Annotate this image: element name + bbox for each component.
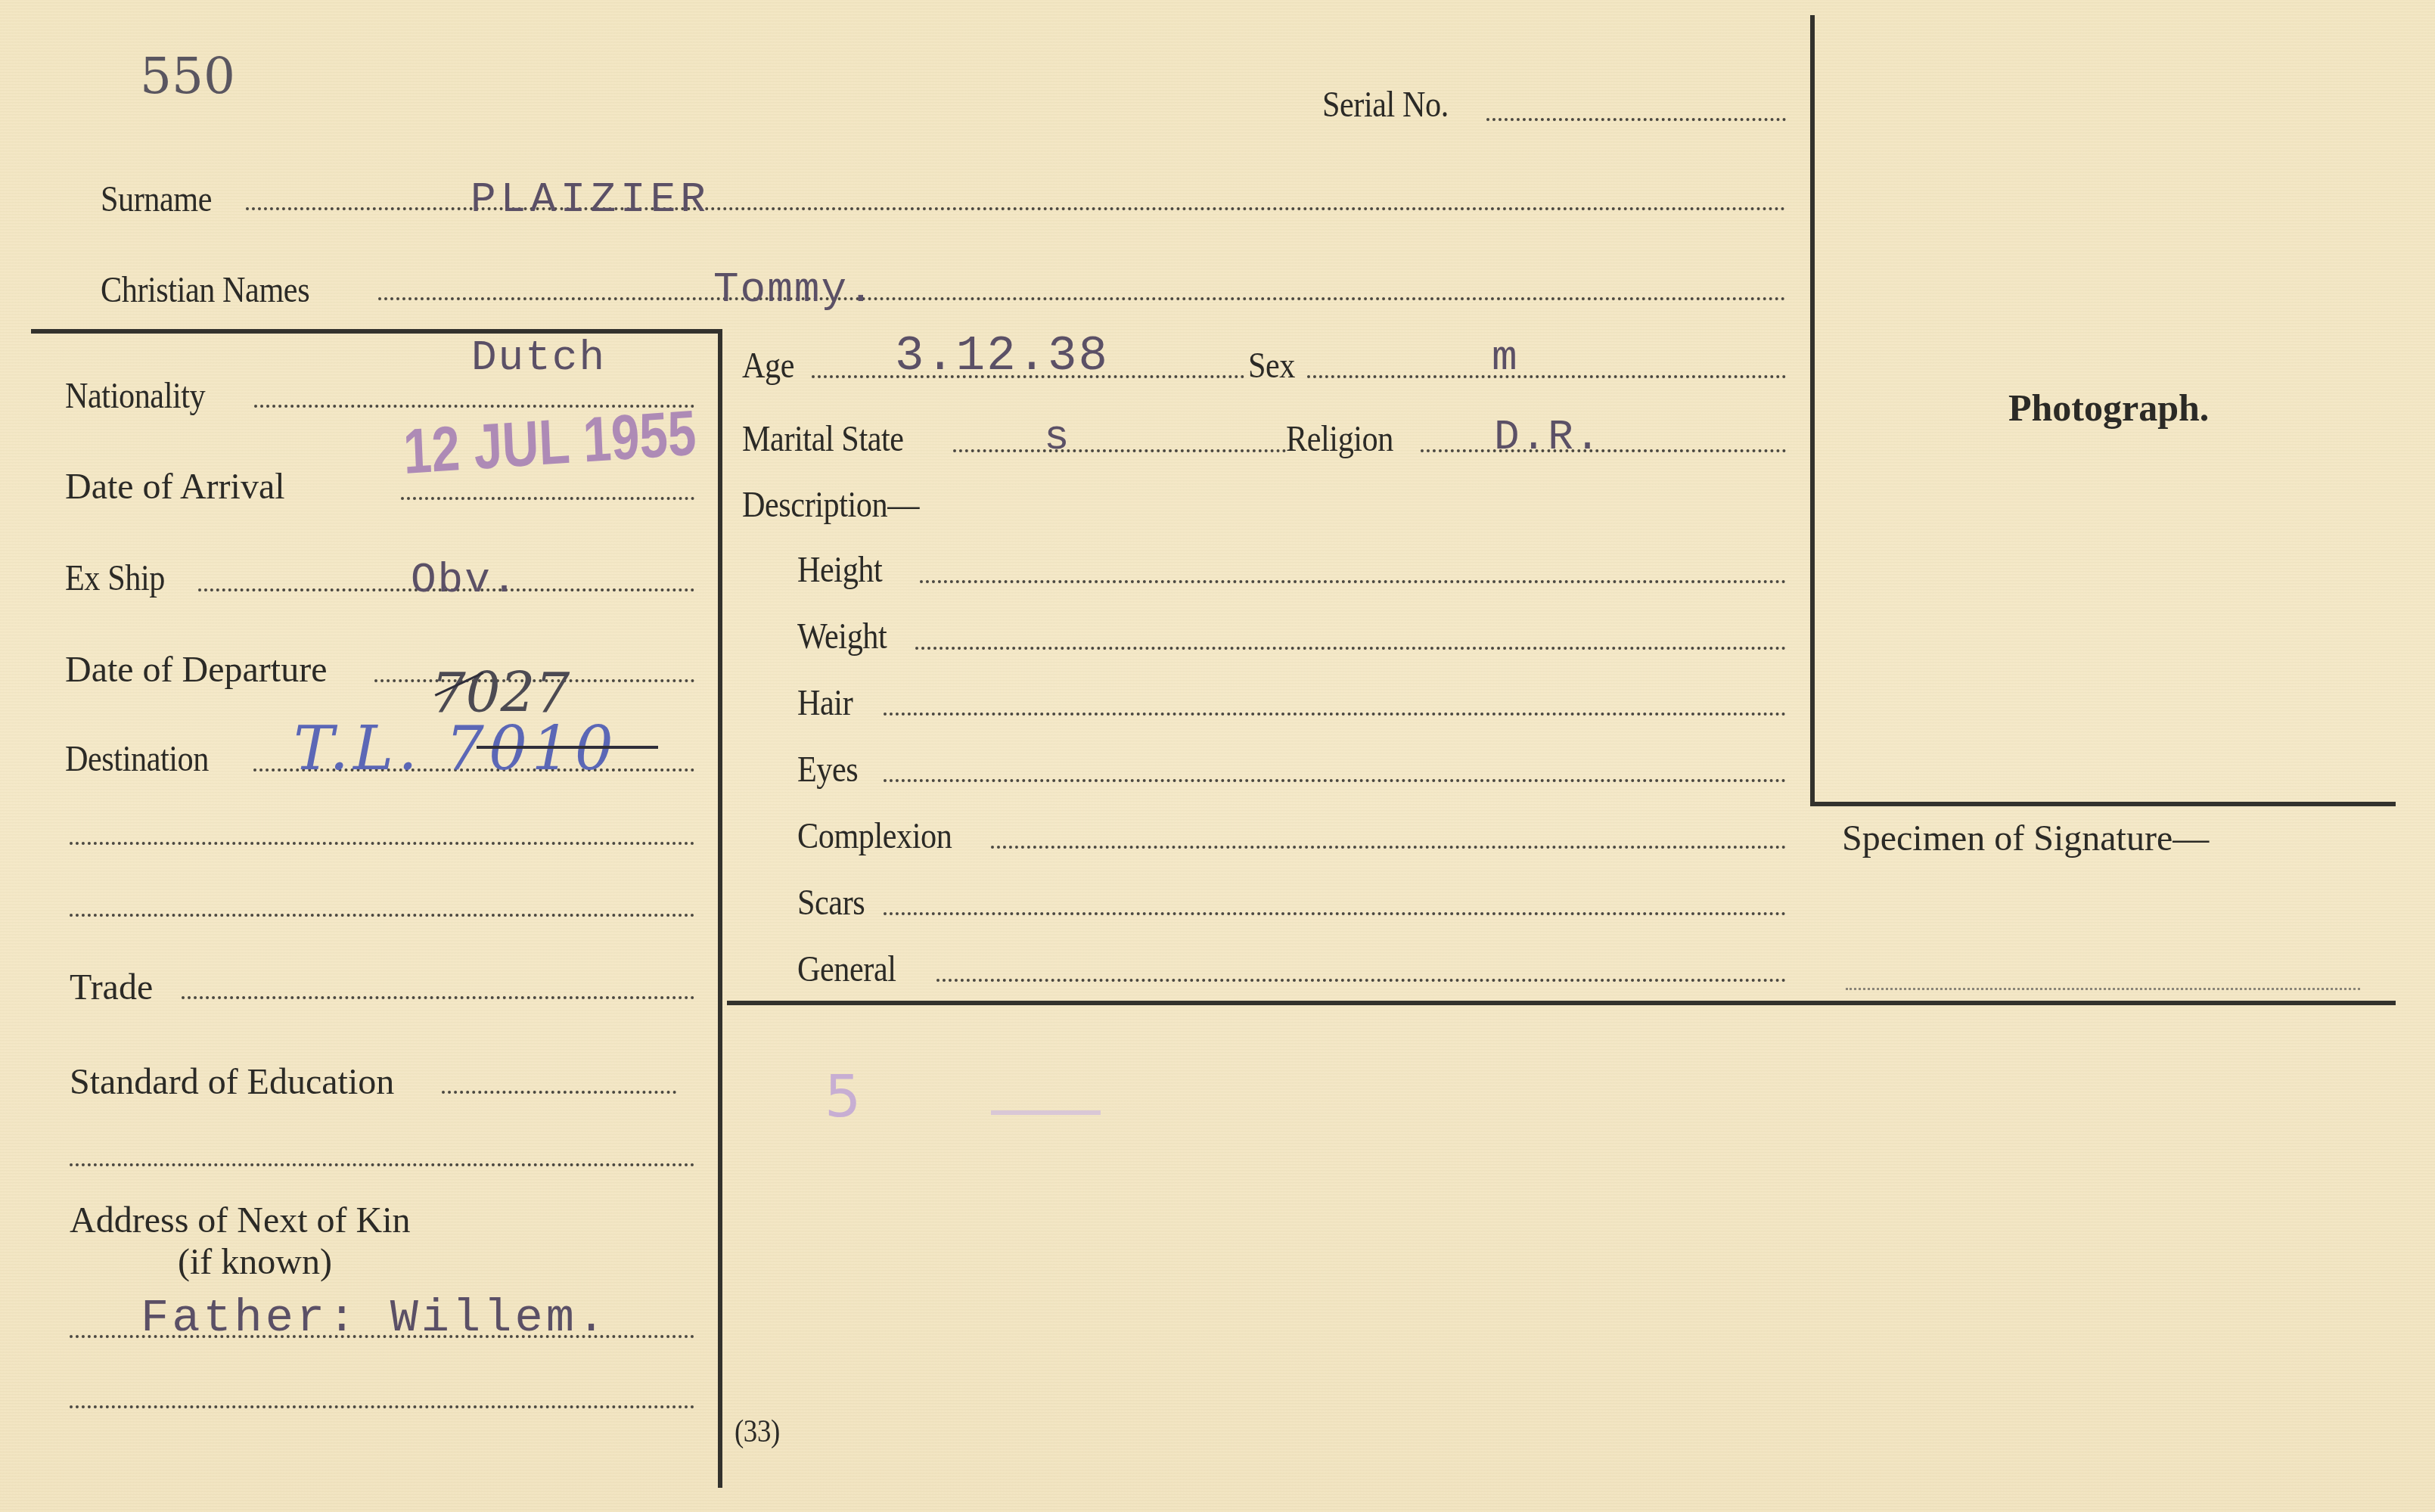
weight-label: Weight [797, 619, 887, 655]
religion-field[interactable] [1421, 449, 1786, 452]
date-of-arrival-field[interactable] [401, 497, 694, 500]
signature-field[interactable] [1846, 988, 2360, 990]
destination-label: Destination [65, 741, 209, 778]
description-label: Description— [742, 487, 919, 523]
hair-label: Hair [797, 685, 853, 722]
ex-ship-value: Obv. [411, 559, 518, 601]
ex-ship-label: Ex Ship [65, 560, 165, 597]
complexion-label: Complexion [797, 818, 952, 855]
sex-value: m [1492, 337, 1519, 379]
eyes-field[interactable] [884, 779, 1786, 782]
weight-field[interactable] [915, 647, 1786, 650]
christian-names-value: Tommy. [713, 269, 875, 311]
signature-label: Specimen of Signature— [1842, 821, 2209, 857]
height-field[interactable] [920, 580, 1786, 583]
lower-note-dash [991, 1110, 1101, 1115]
date-of-arrival-label: Date of Arrival [65, 469, 285, 505]
scars-label: Scars [797, 885, 865, 921]
arrival-date-stamp: 12 JUL 1955 [402, 401, 697, 483]
surname-label: Surname [101, 182, 212, 218]
sex-label: Sex [1248, 348, 1295, 384]
general-field[interactable] [936, 979, 1786, 982]
sex-field[interactable] [1307, 375, 1786, 378]
form-number: (33) [735, 1416, 780, 1448]
marital-state-label: Marital State [742, 421, 904, 458]
card-number: 550 [140, 51, 235, 101]
registration-card: 550 Serial No. Surname PLAIZIER Christia… [0, 0, 2435, 1512]
standard-of-education-field[interactable] [442, 1091, 676, 1094]
next-of-kin-label: Address of Next of Kin [70, 1203, 411, 1239]
destination-strikethrough [477, 746, 658, 749]
nationality-label: Nationality [65, 378, 205, 414]
next-of-kin-sublabel: (if known) [178, 1244, 332, 1281]
surname-value: PLAIZIER [471, 179, 710, 221]
date-of-departure-value: 7027 [431, 666, 570, 720]
nationality-value: Dutch [471, 337, 606, 379]
lower-note-number: 5 [825, 1063, 861, 1130]
christian-names-label: Christian Names [101, 272, 309, 309]
photograph-area [1815, 15, 2396, 802]
age-label: Age [742, 348, 794, 384]
serial-no-field[interactable] [1486, 118, 1786, 121]
hair-field[interactable] [884, 713, 1786, 716]
height-label: Height [797, 552, 882, 588]
blank-line-3[interactable] [70, 1163, 694, 1166]
photo-bottom-rule [1810, 802, 2396, 806]
religion-value: D.R. [1494, 416, 1601, 458]
next-of-kin-field[interactable] [70, 1335, 694, 1338]
complexion-field[interactable] [991, 846, 1786, 849]
next-of-kin-field-2[interactable] [70, 1405, 694, 1408]
blank-line-1[interactable] [70, 842, 694, 845]
age-value: 3.12.38 [895, 333, 1109, 381]
date-of-departure-label: Date of Departure [65, 652, 327, 688]
eyes-label: Eyes [797, 752, 858, 788]
scars-field[interactable] [884, 912, 1786, 915]
left-panel-divider [718, 329, 722, 1488]
general-label: General [797, 952, 896, 988]
marital-state-field[interactable] [953, 449, 1286, 452]
marital-state-value: s [1044, 416, 1071, 458]
christian-names-field[interactable] [378, 297, 1786, 300]
religion-label: Religion [1286, 421, 1393, 458]
trade-label: Trade [70, 970, 153, 1006]
description-bottom-rule [727, 1001, 2396, 1005]
destination-value: T.L. 7010 [294, 719, 618, 779]
serial-no-label: Serial No. [1322, 87, 1449, 123]
trade-field[interactable] [182, 996, 694, 999]
standard-of-education-label: Standard of Education [70, 1064, 394, 1101]
left-panel-top-rule [31, 329, 721, 334]
blank-line-2[interactable] [70, 914, 694, 917]
